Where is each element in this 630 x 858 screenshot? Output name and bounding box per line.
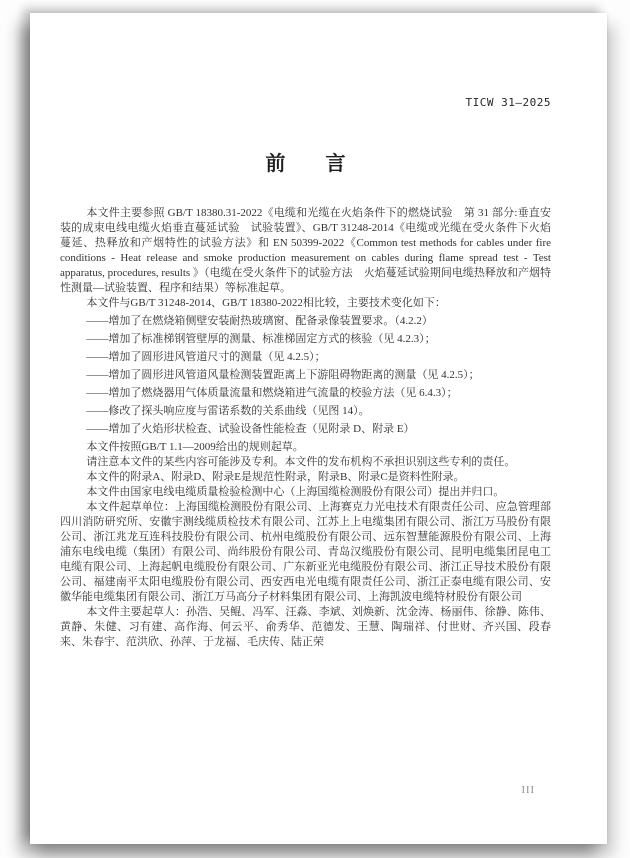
change-item: ——修改了探头响应度与雷诺系数的关系曲线（见图 14）。 <box>60 404 551 419</box>
change-item: ——增加了在燃烧箱侧壁安装耐热玻璃窗、配备录像装置要求。（4.2.2） <box>60 314 551 329</box>
standard-code: TICW 31—2025 <box>466 96 551 109</box>
change-item: ——增加了圆形进风管道尺寸的测量（见 4.2.5）； <box>60 350 551 365</box>
change-item: ——增加了火焰形状检查、试验设备性能检查（见附录 D、附录 E） <box>60 422 551 437</box>
issuing-body-note: 本文件由国家电线电缆质量检验检测中心（上海国缆检测股份有限公司）提出并归口。 <box>60 485 551 500</box>
change-item: ——增加了标准梯钢管壁厚的测量、标准梯固定方式的核验（见 4.2.3）； <box>60 332 551 347</box>
comparison-lead-paragraph: 本文件与GB/T 31248-2014、GB/T 18380-2022相比较，主… <box>60 296 551 311</box>
change-item: ——增加了圆形进风管道风量检测装置距离上下游阻碍物距离的测量（见 4.2.5）； <box>60 368 551 383</box>
main-drafters-paragraph: 本文件主要起草人：孙浩、吴鲲、冯军、汪淼、李斌、刘焕新、沈金涛、杨丽伟、徐静、陈… <box>60 605 551 650</box>
drafting-organizations-paragraph: 本文件起草单位：上海国缆检测股份有限公司、上海赛克力光电技术有限责任公司、应急管… <box>60 500 551 605</box>
intro-paragraph: 本文件主要参照 GB/T 18380.31-2022《电缆和光缆在火焰条件下的燃… <box>60 206 551 296</box>
page-number: III <box>522 785 536 796</box>
document-page: TICW 31—2025 前 言 本文件主要参照 GB/T 18380.31-2… <box>30 13 607 844</box>
page-header: TICW 31—2025 <box>60 93 551 111</box>
page-content: TICW 31—2025 前 言 本文件主要参照 GB/T 18380.31-2… <box>30 13 607 844</box>
annex-note: 本文件的附录A、附录D、附录E是规范性附录，附录B、附录C是资料性附录。 <box>60 470 551 485</box>
change-item: ——增加了燃烧器用气体质量流量和燃烧箱进气流量的校验方法（见 6.4.3）； <box>60 386 551 401</box>
foreword-title: 前 言 <box>60 147 551 176</box>
foreword-body: 本文件主要参照 GB/T 18380.31-2022《电缆和光缆在火焰条件下的燃… <box>60 206 551 650</box>
patent-note: 请注意本文件的某些内容可能涉及专利。本文件的发布机构不承担识别这些专利的责任。 <box>60 455 551 470</box>
drafting-rule-note: 本文件按照GB/T 1.1—2009给出的规则起草。 <box>60 440 551 455</box>
